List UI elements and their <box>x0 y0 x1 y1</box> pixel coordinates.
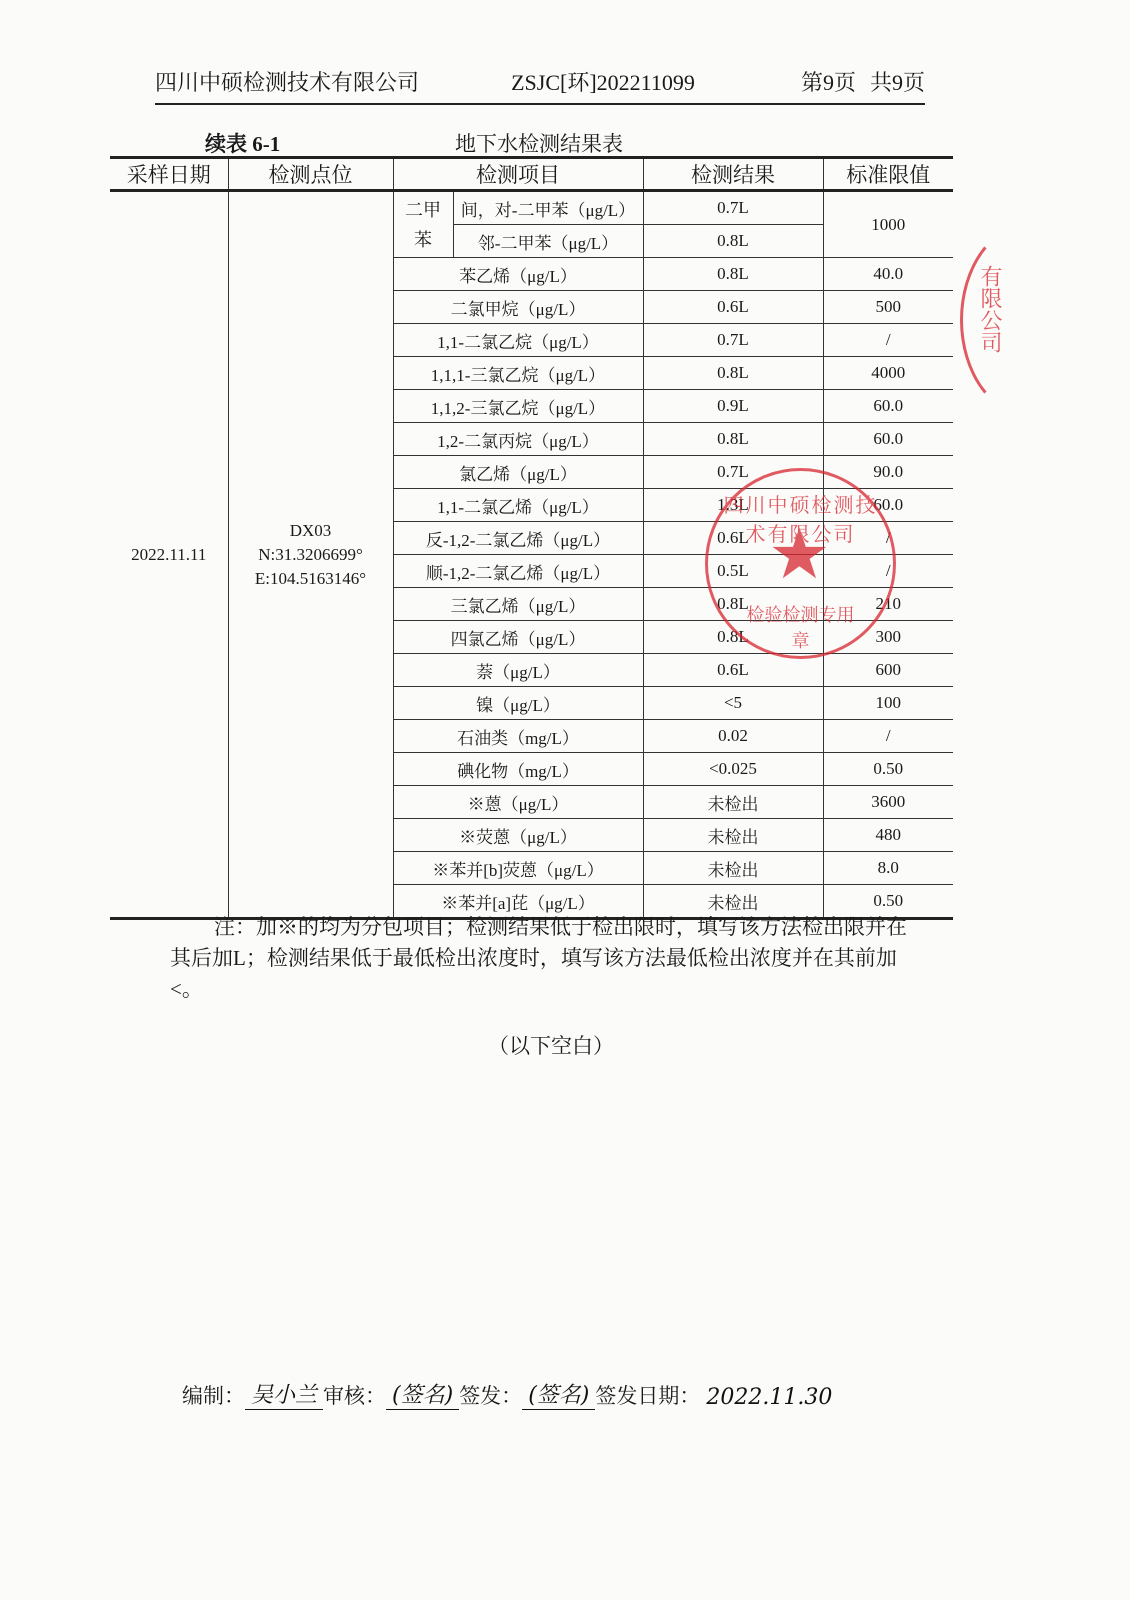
results-table: 采样日期 检测点位 检测项目 检测结果 标准限值 2022.11.11 DX03… <box>110 156 953 920</box>
limit-cell: 210 <box>823 588 953 621</box>
item-cell: 二氯甲烷（μg/L） <box>393 291 643 324</box>
result-cell: 0.6L <box>643 654 823 687</box>
result-cell: 未检出 <box>643 819 823 852</box>
limit-cell: 8.0 <box>823 852 953 885</box>
result-cell: 未检出 <box>643 852 823 885</box>
item-cell: 镍（μg/L） <box>393 687 643 720</box>
item-cell: 反-1,2-二氯乙烯（μg/L） <box>393 522 643 555</box>
result-cell: 未检出 <box>643 786 823 819</box>
location-lon: E:104.5163146° <box>229 567 393 591</box>
limit-cell: / <box>823 555 953 588</box>
limit-cell: 480 <box>823 819 953 852</box>
limit-cell: 300 <box>823 621 953 654</box>
limit-cell: 500 <box>823 291 953 324</box>
result-cell: 0.8L <box>643 423 823 456</box>
limit-cell: / <box>823 324 953 357</box>
result-cell: 0.8L <box>643 258 823 291</box>
header-sample-date: 采样日期 <box>110 158 228 191</box>
page-info: 第9页共9页 <box>787 66 925 97</box>
result-cell: 0.8L <box>643 588 823 621</box>
item-cell: 1,1-二氯乙烷（μg/L） <box>393 324 643 357</box>
result-cell: <0.025 <box>643 753 823 786</box>
header-location: 检测点位 <box>228 158 393 191</box>
page-number: 第9页 <box>801 70 856 95</box>
table-number: 续表 6-1 <box>205 128 280 158</box>
limit-cell: 90.0 <box>823 456 953 489</box>
issue-date-label: 签发日期： <box>595 1380 700 1410</box>
result-cell: 0.7L <box>643 191 823 225</box>
approved-label: 签发： <box>459 1380 522 1410</box>
limit-cell: 600 <box>823 654 953 687</box>
limit-cell: 100 <box>823 687 953 720</box>
item-cell: 1,1-二氯乙烯（μg/L） <box>393 489 643 522</box>
item-cell: 苯乙烯（μg/L） <box>393 258 643 291</box>
page-total: 共9页 <box>870 70 925 95</box>
item-cell: 石油类（mg/L） <box>393 720 643 753</box>
item-cell: 萘（μg/L） <box>393 654 643 687</box>
item-cell: ※苯并[b]荧蒽（μg/L） <box>393 852 643 885</box>
company-name: 四川中硕检测技术有限公司 <box>155 66 419 97</box>
signature-line: 编制： 吴小兰 审核： (签名) 签发： (签名) 签发日期： 2022.11.… <box>182 1378 972 1410</box>
item-cell: ※荧蒽（μg/L） <box>393 819 643 852</box>
item-cell: 间，对-二甲苯（μg/L） <box>453 191 643 225</box>
limit-cell: 40.0 <box>823 258 953 291</box>
table-note: 注：加※的均为分包项目；检测结果低于检出限时，填写该方法检出限并在其后加L；检测… <box>170 912 922 1005</box>
sample-date-cell: 2022.11.11 <box>110 191 228 919</box>
result-cell: 0.02 <box>643 720 823 753</box>
xylene-group-label: 二甲 苯 <box>393 191 453 258</box>
page-header: 四川中硕检测技术有限公司 ZSJC[环]202211099 第9页共9页 <box>155 66 925 105</box>
xylene-group-line1: 二甲 <box>394 195 453 225</box>
result-cell: 0.9L <box>643 390 823 423</box>
limit-cell: 4000 <box>823 357 953 390</box>
result-cell: 0.8L <box>643 621 823 654</box>
item-cell: ※蒽（μg/L） <box>393 786 643 819</box>
item-cell: 顺-1,2-二氯乙烯（μg/L） <box>393 555 643 588</box>
approved-signature: (签名) <box>522 1378 595 1410</box>
result-cell: 0.6L <box>643 291 823 324</box>
result-cell: 0.6L <box>643 522 823 555</box>
result-cell: 0.7L <box>643 324 823 357</box>
item-cell: 碘化物（mg/L） <box>393 753 643 786</box>
prepared-signature: 吴小兰 <box>245 1378 323 1410</box>
item-cell: 氯乙烯（μg/L） <box>393 456 643 489</box>
limit-cell: / <box>823 720 953 753</box>
result-cell: 1.3L <box>643 489 823 522</box>
result-cell: 0.8L <box>643 225 823 258</box>
result-cell: 0.7L <box>643 456 823 489</box>
blank-below-marker: （以下空白） <box>488 1030 614 1060</box>
result-cell: 0.8L <box>643 357 823 390</box>
table-row: 2022.11.11 DX03 N:31.3206699° E:104.5163… <box>110 191 953 225</box>
item-cell: 1,1,1-三氯乙烷（μg/L） <box>393 357 643 390</box>
item-cell: 四氯乙烯（μg/L） <box>393 621 643 654</box>
header-item: 检测项目 <box>393 158 643 191</box>
issue-date-value: 2022.11.30 <box>700 1385 838 1410</box>
item-cell: 1,2-二氯丙烷（μg/L） <box>393 423 643 456</box>
limit-cell: 0.50 <box>823 753 953 786</box>
location-lat: N:31.3206699° <box>229 543 393 567</box>
location-id: DX03 <box>229 519 393 543</box>
header-result: 检测结果 <box>643 158 823 191</box>
item-cell: 邻-二甲苯（μg/L） <box>453 225 643 258</box>
limit-cell: 60.0 <box>823 489 953 522</box>
header-limit: 标准限值 <box>823 158 953 191</box>
table-title: 地下水检测结果表 <box>455 128 623 158</box>
prepared-label: 编制： <box>182 1380 245 1410</box>
limit-cell: / <box>823 522 953 555</box>
location-cell: DX03 N:31.3206699° E:104.5163146° <box>228 191 393 919</box>
side-stamp-text: 有限公司 <box>975 265 1006 353</box>
limit-cell: 60.0 <box>823 423 953 456</box>
xylene-group-line2: 苯 <box>394 225 453 255</box>
item-cell: 三氯乙烯（μg/L） <box>393 588 643 621</box>
table-header-row: 采样日期 检测点位 检测项目 检测结果 标准限值 <box>110 158 953 191</box>
limit-cell: 60.0 <box>823 390 953 423</box>
reviewed-label: 审核： <box>323 1380 386 1410</box>
result-cell: <5 <box>643 687 823 720</box>
result-cell: 0.5L <box>643 555 823 588</box>
limit-cell: 1000 <box>823 191 953 258</box>
report-number: ZSJC[环]202211099 <box>511 66 695 97</box>
reviewed-signature: (签名) <box>386 1378 459 1410</box>
item-cell: 1,1,2-三氯乙烷（μg/L） <box>393 390 643 423</box>
page-seal-stamp: 有限公司 <box>960 222 1103 418</box>
limit-cell: 3600 <box>823 786 953 819</box>
